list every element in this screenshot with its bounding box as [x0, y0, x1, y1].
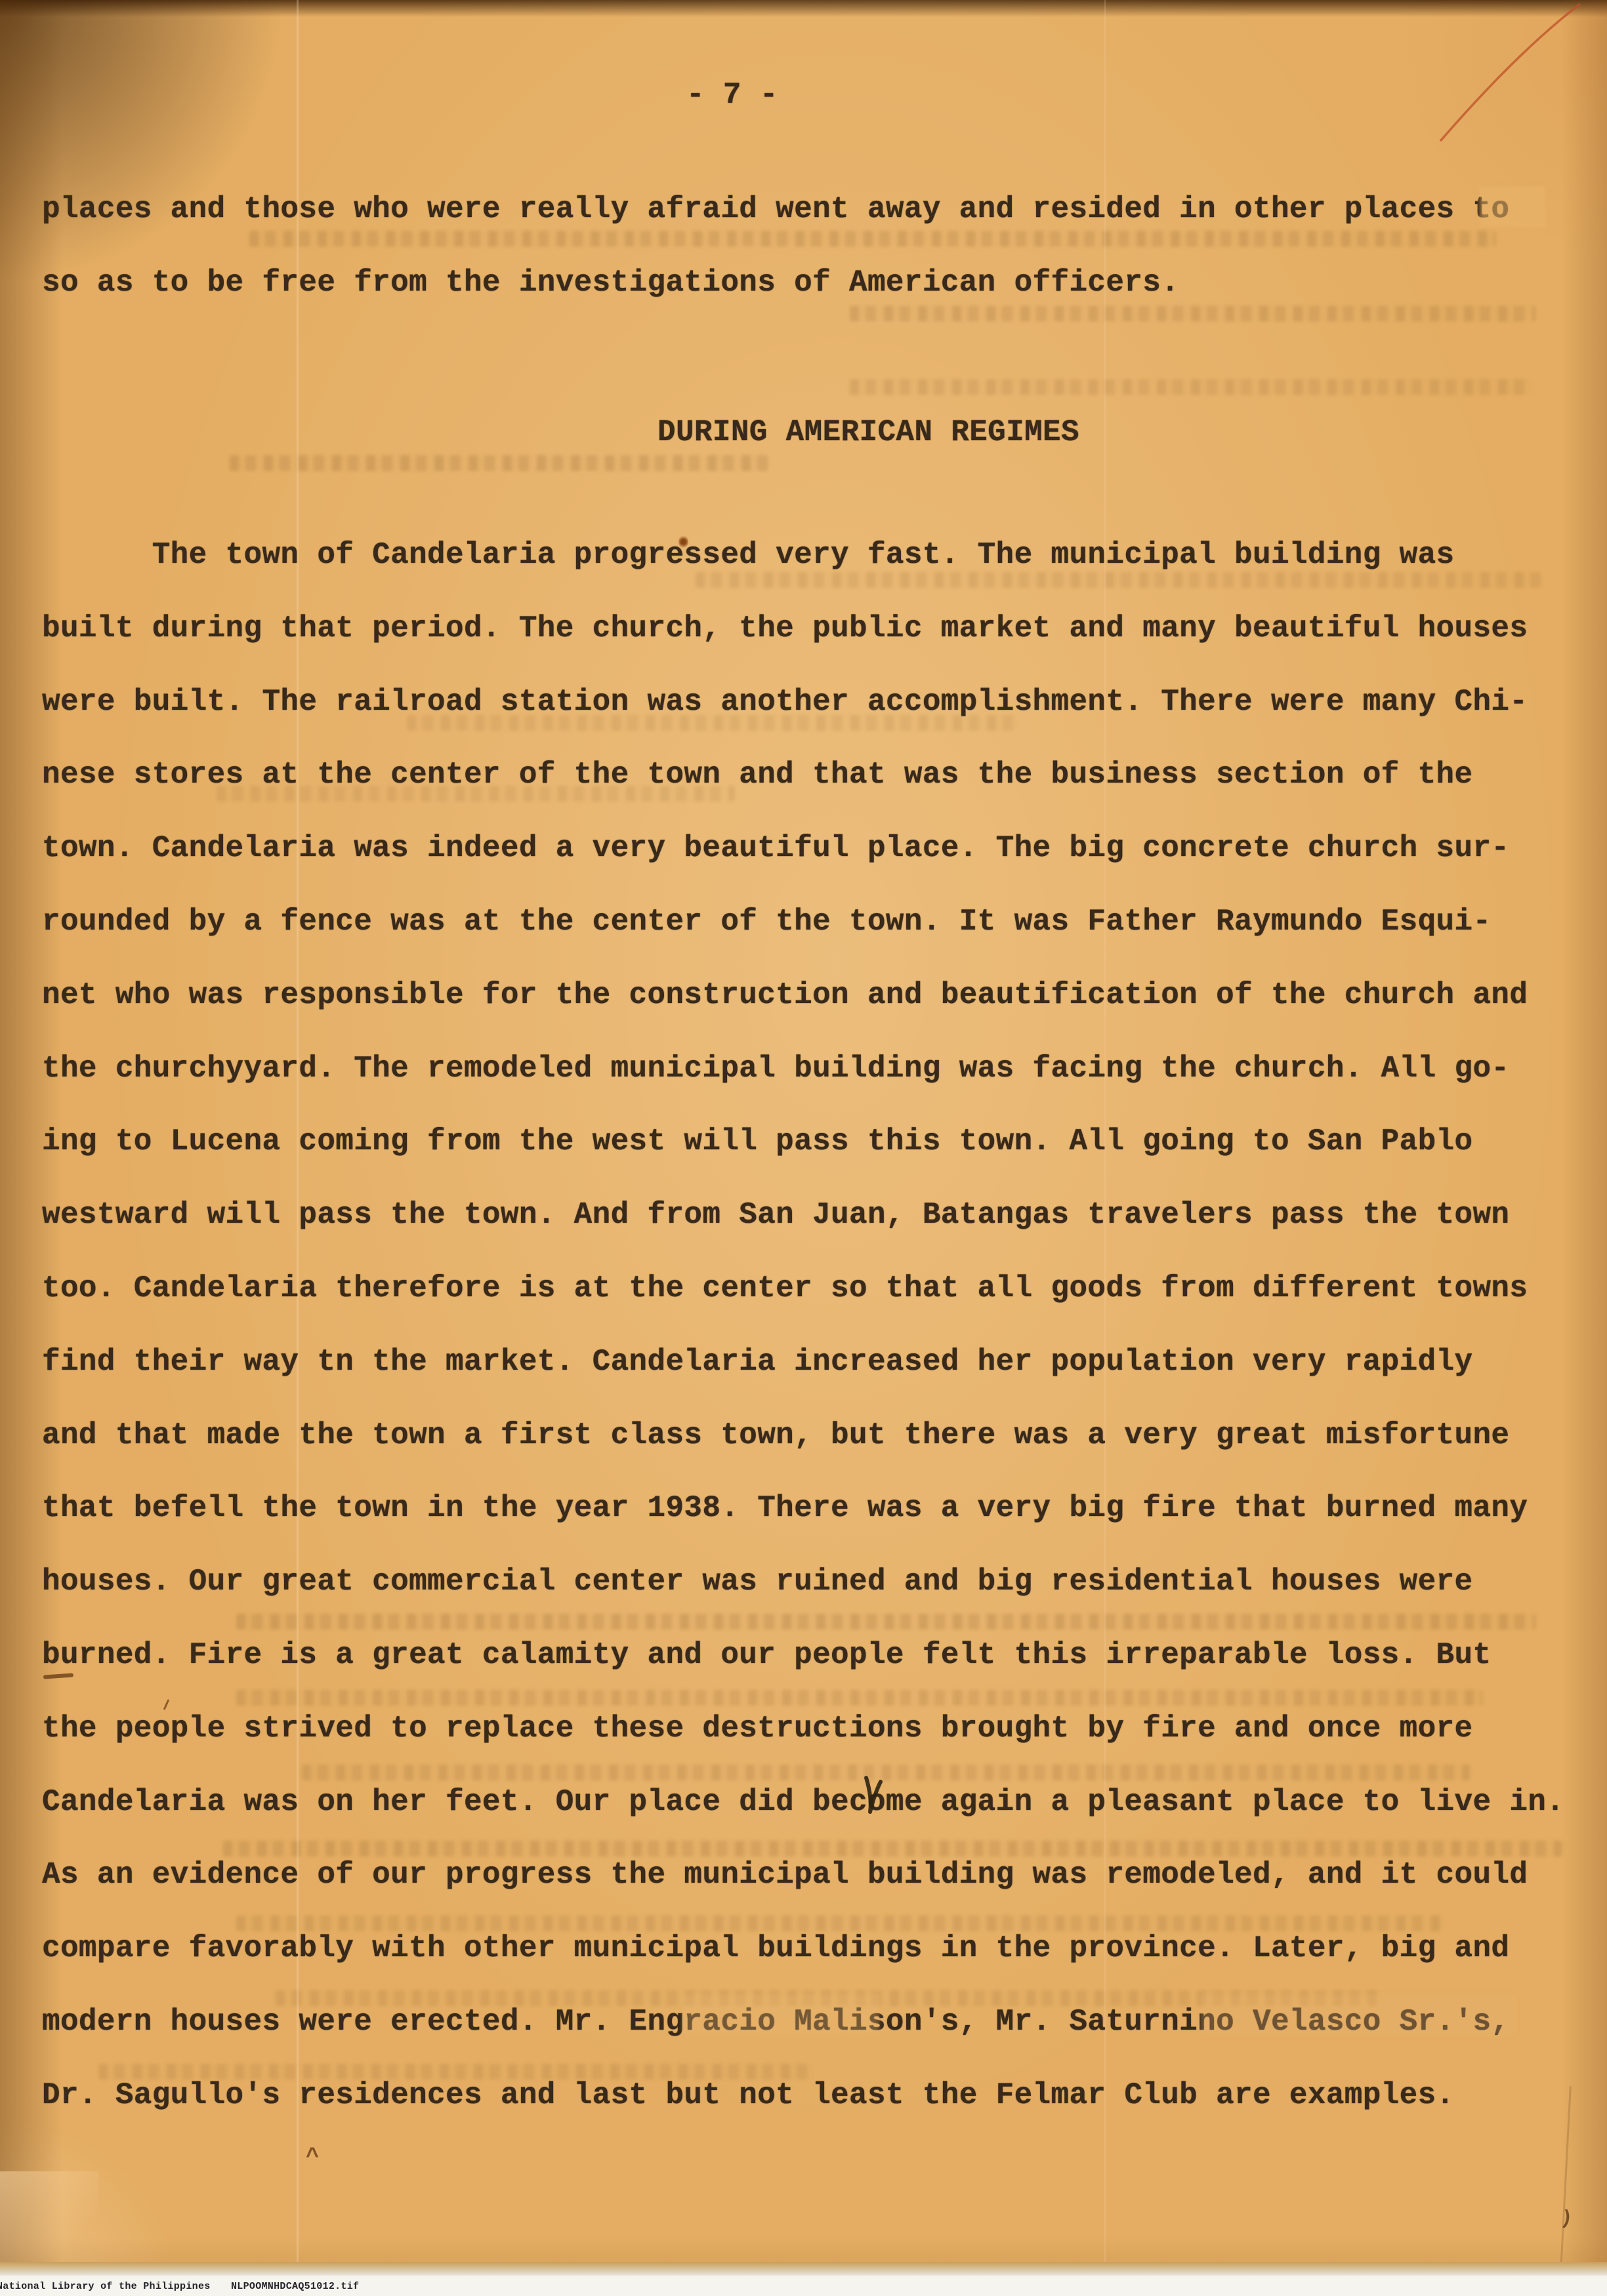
text-line: modern houses were erected. Mr. Engracio… — [42, 2007, 1509, 2037]
text-line: the churchyyard. The remodeled municipal… — [42, 1054, 1509, 1084]
text-line: were built. The railroad station was ano… — [42, 687, 1528, 717]
text-line: and that made the town a first class tow… — [42, 1420, 1509, 1450]
footer-bar: National Library of the Philippines NLPO… — [0, 2276, 1607, 2296]
bleed-through-text — [236, 1614, 1535, 1630]
caret-mark: ^ — [306, 2146, 319, 2169]
text-line: the people strived to replace these dest… — [42, 1713, 1472, 1744]
bleed-through-text — [696, 572, 1542, 588]
text-line: that befell the town in the year 1938. T… — [42, 1493, 1528, 1523]
text-line: places and those who were really afraid … — [42, 194, 1509, 224]
red-pen-line — [1411, 0, 1607, 197]
bleed-through-text — [236, 1690, 1483, 1706]
text-line: built during that period. The church, th… — [42, 613, 1528, 644]
text-line: The town of Candelaria progressed very f… — [42, 540, 1455, 570]
text-line: compare favorably with other municipal b… — [42, 1933, 1509, 1963]
bleed-through-text — [249, 231, 1496, 247]
footer-filename: NLPOOMNHDCAQ51012.tif — [231, 2281, 359, 2292]
bleed-through-text — [236, 1916, 1444, 1931]
text-line: too. Candelaria therefore is at the cent… — [42, 1273, 1528, 1303]
footer-library-label: National Library of the Philippines — [0, 2281, 211, 2292]
scanned-document-page: - 7 - places and those who were really a… — [0, 0, 1607, 2296]
margin-dash-mark — [43, 1673, 73, 1679]
page-corner-fold — [0, 2171, 98, 2276]
bleed-through-text — [98, 2064, 814, 2080]
text-line: Dr. Sagullo's residences and last but no… — [42, 2080, 1455, 2110]
bleed-through-text — [302, 1765, 1470, 1780]
tick-mark — [163, 1699, 170, 1710]
text-line: houses. Our great commercial center was … — [42, 1567, 1472, 1597]
bleed-through-text — [230, 455, 768, 471]
text-line: ing to Lucena coming from the west will … — [42, 1126, 1472, 1157]
bleed-through-text — [850, 306, 1535, 321]
text-line: nese stores at the center of the town an… — [42, 760, 1472, 790]
text-line: Candelaria was on her feet. Our place di… — [42, 1787, 1564, 1817]
bleed-through-text — [276, 1990, 1378, 2006]
scan-edge-strip — [0, 2262, 1607, 2276]
text-line: As an evidence of our progress the munic… — [42, 1860, 1528, 1890]
page-number: - 7 - — [686, 80, 778, 110]
paper-crease — [1559, 2086, 1572, 2283]
section-heading: DURING AMERICAN REGIMES — [657, 417, 1079, 447]
bleed-through-text — [223, 1841, 1562, 1856]
text-line: town. Candelaria was indeed a very beaut… — [42, 833, 1509, 863]
text-line: westward will pass the town. And from Sa… — [42, 1200, 1509, 1230]
text-line: find their way tn the market. Candelaria… — [42, 1347, 1472, 1377]
text-line: net who was responsible for the construc… — [42, 980, 1528, 1010]
text-line: burned. Fire is a great calamity and our… — [42, 1640, 1491, 1670]
text-line: rounded by a fence was at the center of … — [42, 907, 1491, 937]
text-line: so as to be free from the investigations… — [42, 268, 1179, 298]
bleed-through-text — [850, 379, 1532, 395]
paren-mark: ) — [1559, 2209, 1574, 2230]
